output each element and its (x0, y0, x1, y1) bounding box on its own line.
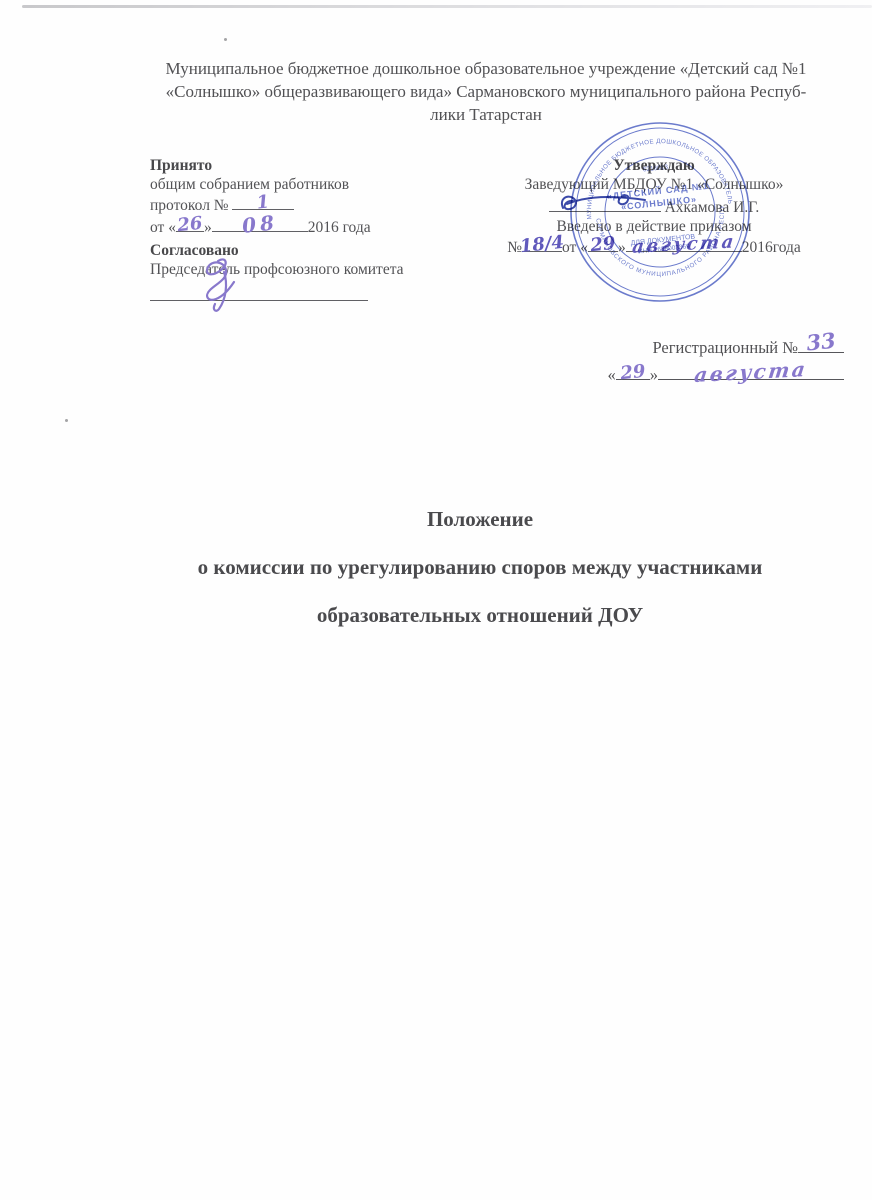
reg-month-handwritten: августа (693, 359, 808, 385)
reg-month-line: августа (658, 364, 844, 380)
protocol-number-line: 1 (232, 194, 294, 210)
reg-close-quote: » (650, 365, 658, 384)
document-header: Муниципальное бюджетное дошкольное образ… (100, 57, 872, 126)
date-prefix: от « (150, 219, 176, 236)
order-number-line: 18/4 (522, 236, 562, 252)
title-line1: Положение (88, 506, 872, 532)
reg-day-handwritten: 29 (619, 363, 646, 384)
scan-speck (224, 38, 227, 41)
reg-day-line: 29 (616, 364, 650, 380)
date-suffix: 2016 года (308, 219, 371, 236)
accepted-date-line: от «26»082016 года (150, 216, 371, 238)
registration-block: Регистрационный №33 «29»августа (552, 334, 844, 388)
stamp-digits: 6216013 (643, 164, 669, 174)
order-number-handwritten: 18/4 (519, 234, 565, 257)
union-chair-signature (188, 253, 252, 315)
official-round-stamp: МУНИЦИПАЛЬНОЕ БЮДЖЕТНОЕ ДОШКОЛЬНОЕ ОБРАЗ… (557, 109, 764, 316)
header-line: Муниципальное бюджетное дошкольное образ… (100, 57, 872, 80)
scan-edge-artifact (22, 5, 872, 8)
registration-label: Регистрационный № (652, 338, 798, 357)
registration-date-line: «29»августа (552, 361, 844, 388)
agreed-signature-line (150, 285, 404, 307)
protocol-label: протокол № (150, 197, 229, 214)
title-line2: о комиссии по урегулированию споров межд… (88, 554, 872, 580)
accepted-title: Принято (150, 157, 371, 176)
document-title: Положение о комиссии по урегулированию с… (88, 506, 872, 650)
reg-open-quote: « (608, 365, 616, 384)
signature-underline (150, 285, 368, 301)
accepted-block: Принято общим собранием работников прото… (150, 157, 371, 237)
date-month-handwritten: 08 (241, 212, 279, 236)
registration-number-underline: 33 (798, 337, 844, 353)
title-line3: образовательных отношений ДОУ (88, 602, 872, 628)
protocol-number-handwritten: 1 (256, 194, 270, 213)
registration-number-handwritten: 33 (805, 330, 836, 354)
header-line: лики Татарстан (100, 103, 872, 126)
header-line: «Солнышко» общеразвивающего вида» Сарман… (100, 80, 872, 103)
date-close-quote: » (204, 219, 212, 236)
date-day-handwritten: 26 (177, 215, 204, 236)
date-day-line: 26 (176, 216, 204, 232)
agreed-block: Согласовано Председатель профсоюзного ко… (150, 242, 404, 307)
scan-speck (65, 419, 68, 422)
date-month-line: 08 (212, 216, 308, 232)
document-page: Муниципальное бюджетное дошкольное образ… (0, 0, 872, 1200)
